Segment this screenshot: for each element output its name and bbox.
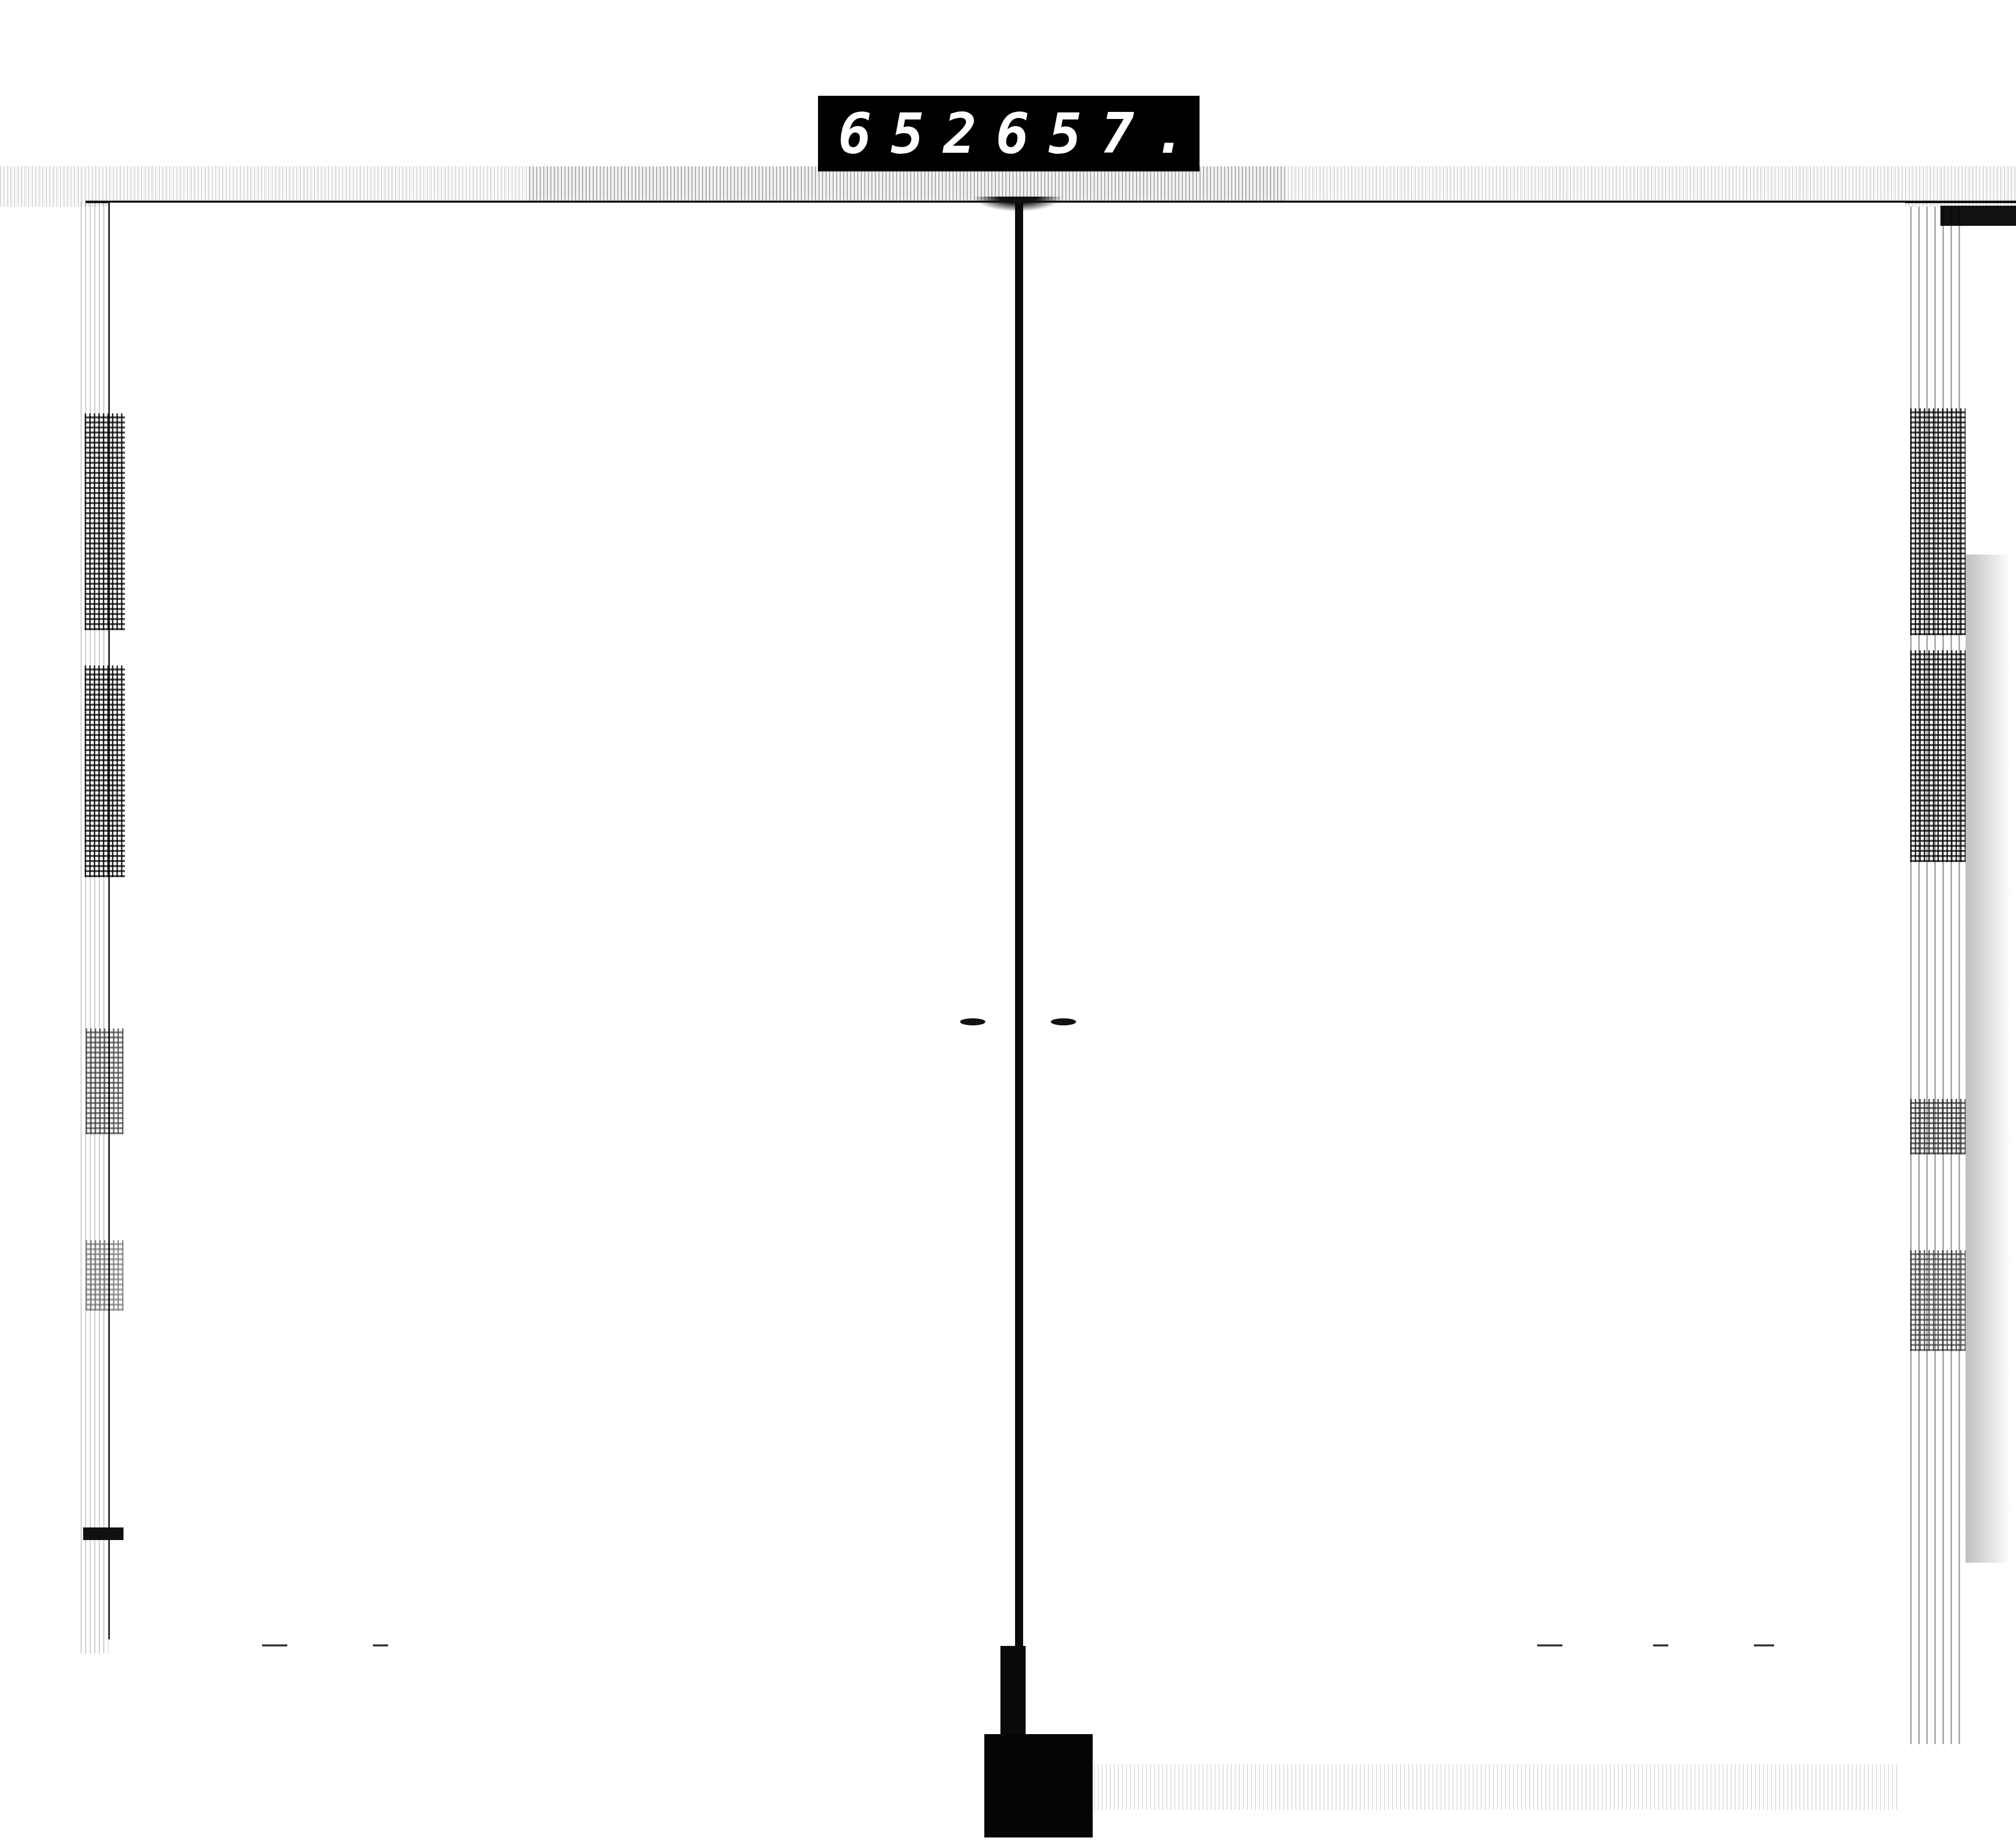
left-fore-edge-bleed [85,665,125,877]
right-page [1023,203,1905,1765]
left-fore-edge-bleed [86,1028,123,1134]
scanner-clamp-foot [984,1734,1093,1837]
left-fore-edge-bleed [86,1240,123,1311]
right-fore-edge-bleed [1910,650,1966,862]
bottom-edge-dash [373,1644,388,1646]
frame-counter-right: 657. [996,101,1206,166]
right-edge-shadow [1966,555,2011,1563]
right-fore-edge-bleed [1910,408,1966,635]
bottom-edge-dash [1653,1644,1668,1646]
gutter-clip-mark-left [960,1018,985,1025]
left-fore-edge-bleed [85,413,125,630]
bottom-edge-dash [1754,1644,1774,1646]
left-page [108,203,1017,1639]
spine-base [1000,1646,1026,1747]
gutter-clip-mark-right [1051,1018,1076,1025]
frame-counter-left: 652 [838,101,996,166]
bottom-edge-dash [262,1644,287,1646]
frame-counter-display: 652 657. [818,96,1200,171]
bottom-edge-dash [1537,1644,1562,1646]
right-fore-edge-bleed [1910,1099,1966,1154]
left-fore-edge-mark [83,1527,123,1540]
scan-noise-bottom [1094,1764,1900,1810]
book-gutter-spine [1015,203,1023,1649]
right-fore-edge-bleed [1910,1250,1966,1351]
